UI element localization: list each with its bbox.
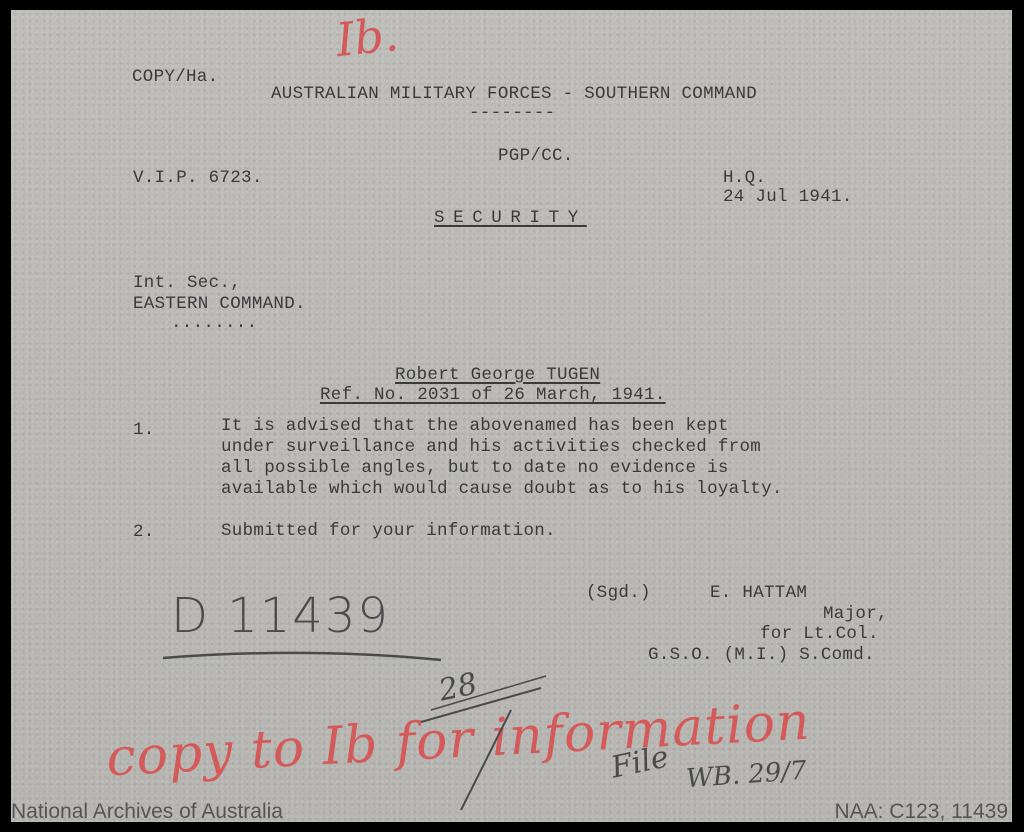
file-reference: PGP/CC. bbox=[498, 146, 574, 167]
paragraph-line: Submitted for your information. bbox=[221, 521, 556, 542]
signatory-rank: Major, bbox=[823, 604, 888, 625]
handwritten-file-number: D 11439 bbox=[171, 588, 390, 644]
subject-name: Robert George TUGEN bbox=[395, 365, 600, 386]
classification-heading: SECURITY bbox=[434, 208, 587, 229]
addressee-line-2: EASTERN COMMAND. bbox=[133, 294, 306, 315]
document-date: 24 Jul 1941. bbox=[723, 187, 853, 208]
paragraph-line: under surveillance and his activities ch… bbox=[221, 437, 761, 458]
struck-number: 28 bbox=[436, 666, 481, 708]
copy-mark: COPY/Ha. bbox=[132, 67, 218, 88]
subject-reference: Ref. No. 2031 of 26 March, 1941. bbox=[320, 385, 666, 406]
initials-date-note: WB. 29/7 bbox=[685, 756, 808, 794]
vip-number: V.I.P. 6723. bbox=[133, 168, 263, 189]
paragraph-line: It is advised that the abovenamed has be… bbox=[221, 416, 729, 437]
location: H.Q. bbox=[723, 168, 766, 189]
signatory-name: E. HATTAM bbox=[710, 583, 807, 604]
archive-name-caption: National Archives of Australia bbox=[11, 800, 283, 822]
signed-mark: (Sgd.) bbox=[586, 583, 651, 604]
document-heading: AUSTRALIAN MILITARY FORCES - SOUTHERN CO… bbox=[271, 84, 757, 105]
red-initials-annotation: Ib. bbox=[333, 10, 401, 67]
document-page: COPY/Ha. AUSTRALIAN MILITARY FORCES - SO… bbox=[11, 10, 1012, 822]
signatory-for-line: for Lt.Col. bbox=[760, 624, 879, 645]
addressee-dots: ........ bbox=[171, 313, 257, 334]
paragraph-line: available which would cause doubt as to … bbox=[221, 479, 783, 500]
addressee-line-1: Int. Sec., bbox=[133, 273, 241, 294]
archive-citation-caption: NAA: C123, 11439 bbox=[834, 800, 1008, 822]
paragraph-number: 2. bbox=[133, 522, 155, 543]
heading-rule: -------- bbox=[469, 103, 555, 124]
paragraph-line: all possible angles, but to date no evid… bbox=[221, 458, 729, 479]
signatory-office: G.S.O. (M.I.) S.Comd. bbox=[648, 645, 875, 666]
paragraph-number: 1. bbox=[133, 420, 155, 441]
